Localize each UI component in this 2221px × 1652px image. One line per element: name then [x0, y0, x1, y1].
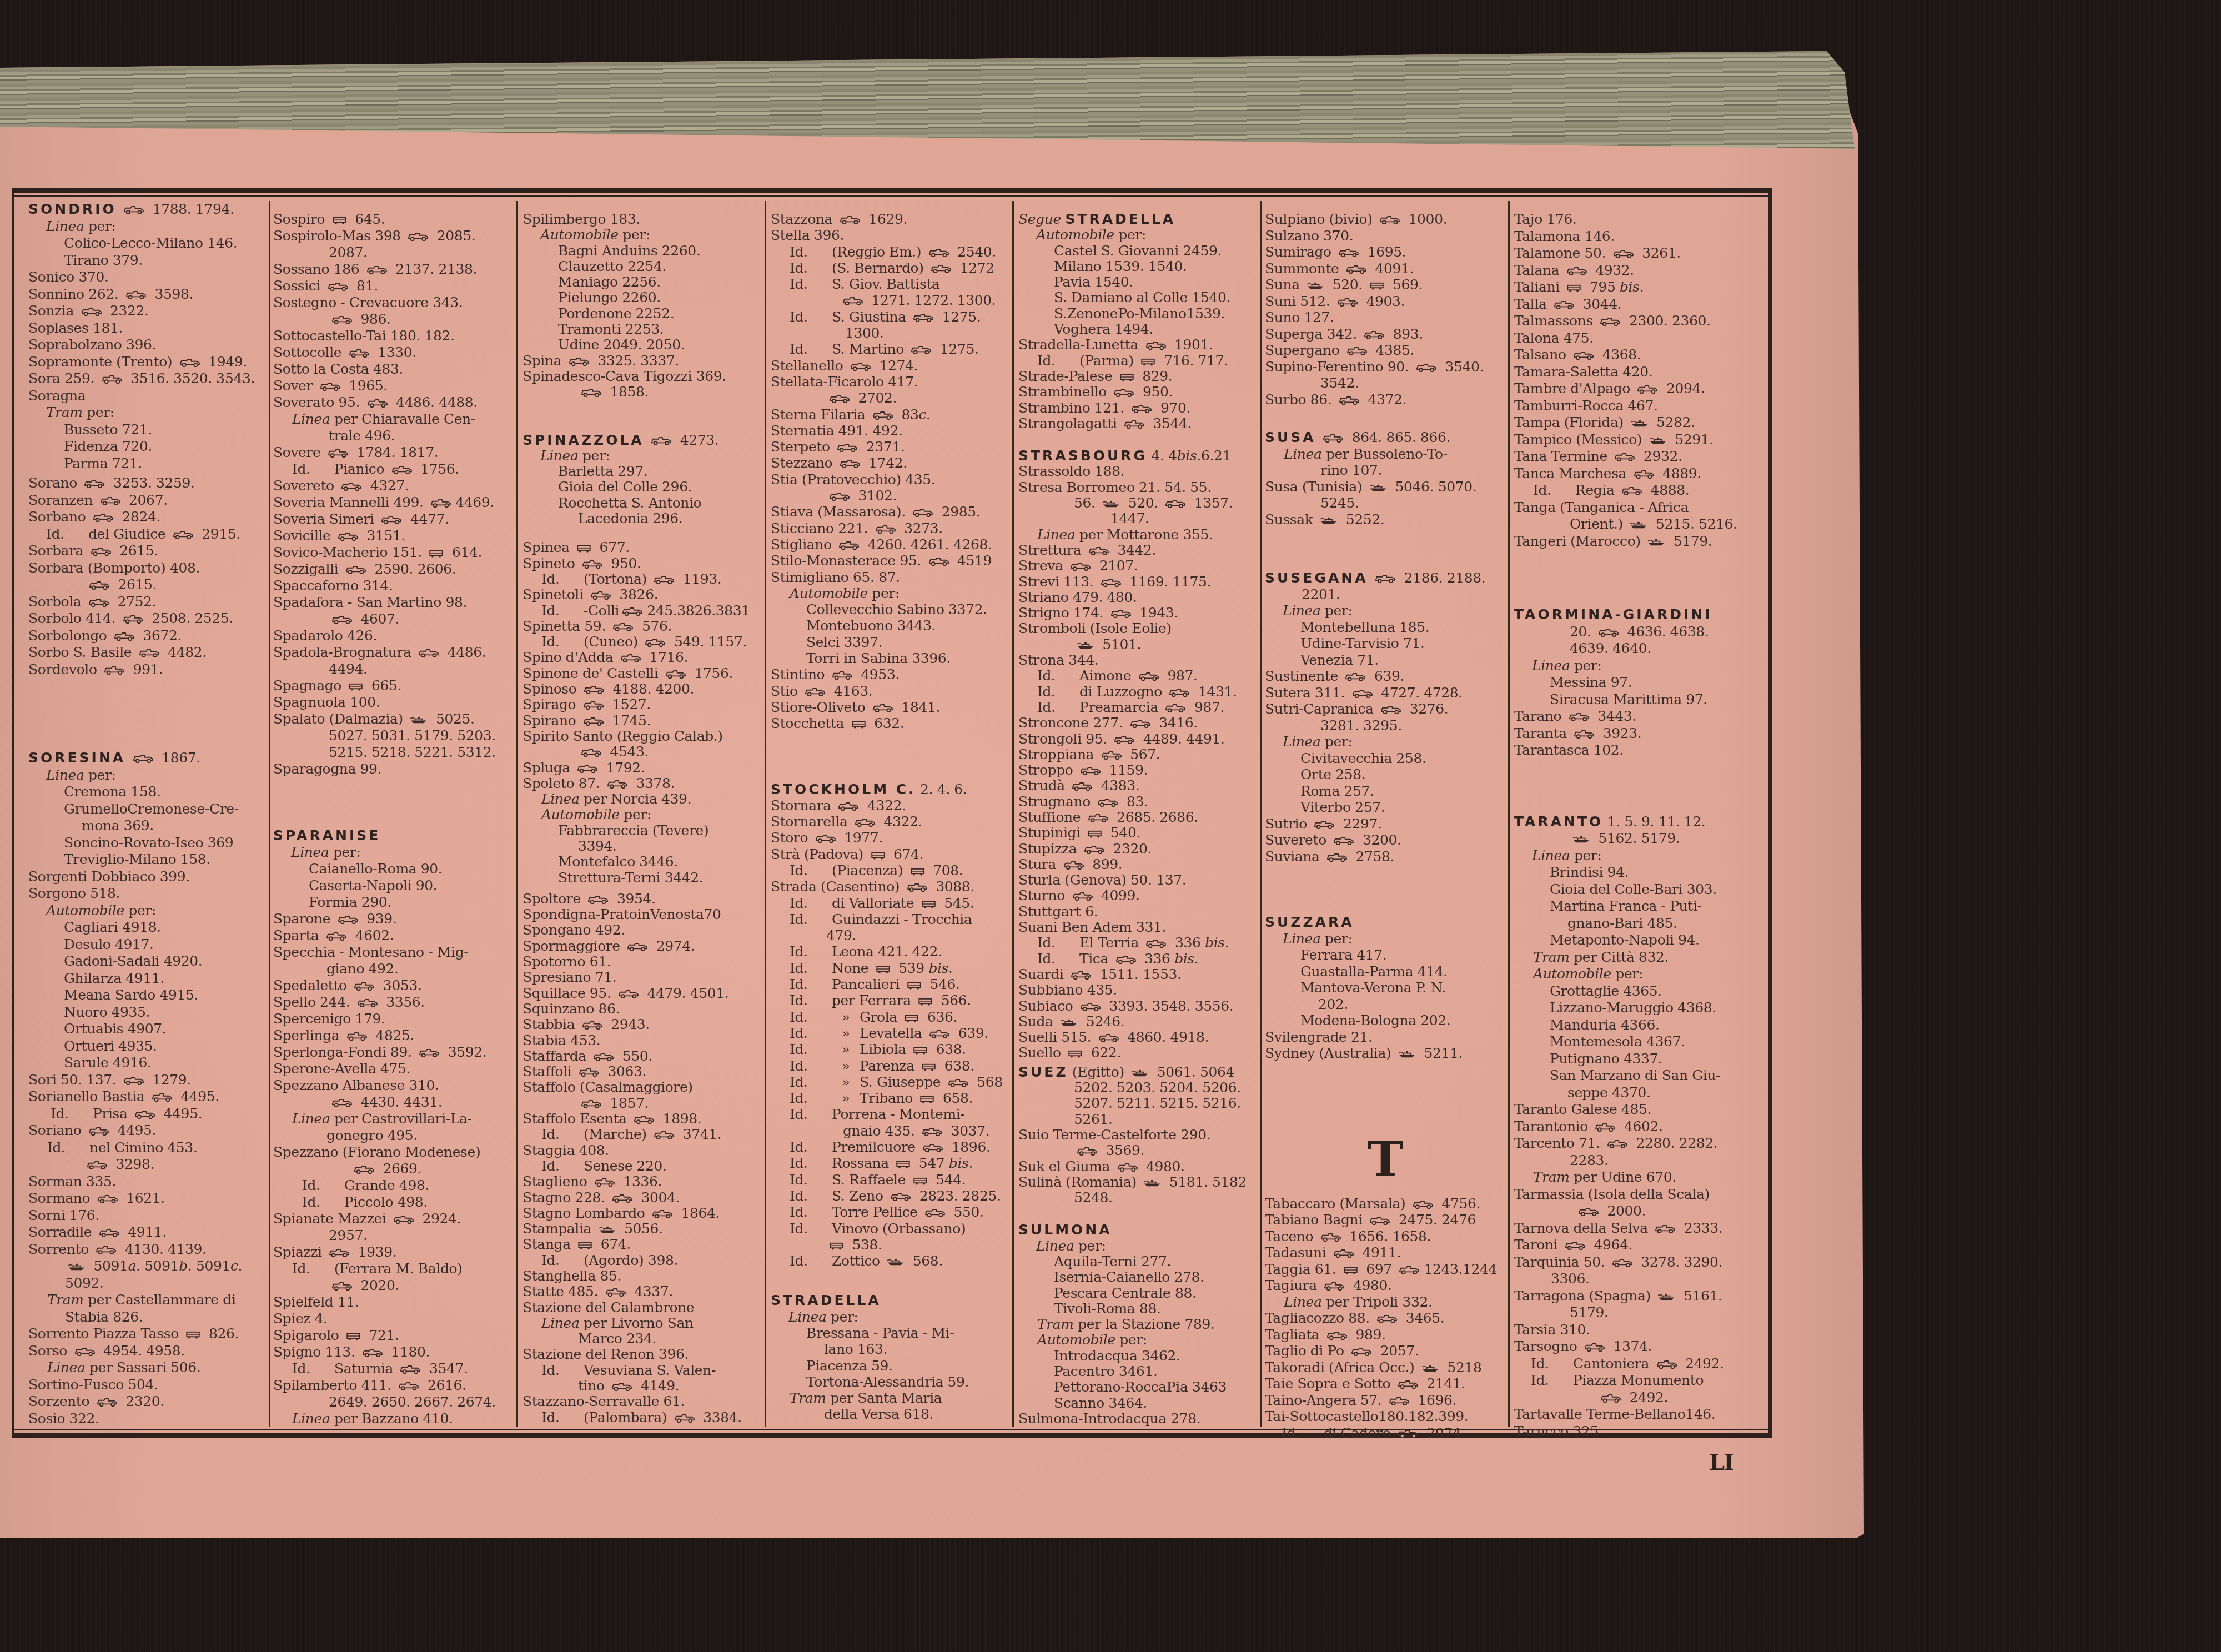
- automobile-icon: [1138, 672, 1159, 681]
- automobile-icon: [1569, 713, 1590, 721]
- index-entry: Gioia del Colle 296.: [522, 479, 762, 495]
- index-entry: Orient.) 5215. 5216.: [1514, 516, 1768, 533]
- idem-label: Id.: [1037, 700, 1079, 715]
- ship-icon: [1143, 1179, 1161, 1187]
- section-letter: T: [1265, 1134, 1506, 1184]
- index-entry: Strada (Casentino) 3088.: [771, 878, 1011, 895]
- index-entry: S.ZenonePo-Milano1539.: [1018, 306, 1258, 322]
- section-heading: TAORMINA-GIARDINI: [1514, 606, 1712, 622]
- italic-label: a: [128, 1258, 137, 1274]
- italic-label: Automobile: [1533, 966, 1611, 982]
- index-entry: Sorradile 4911.: [28, 1224, 267, 1241]
- index-entry: Sperlonga-Fondi 89. 3592.: [273, 1044, 514, 1061]
- tram-icon: [919, 1095, 934, 1103]
- index-entry: Fidenza 720.: [28, 438, 267, 455]
- automobile-icon: [97, 1195, 118, 1203]
- index-entry: Stornara 4322.: [771, 797, 1011, 814]
- index-entry: Id.Prisa 4495.: [28, 1106, 267, 1123]
- automobile-icon: [583, 701, 604, 710]
- automobile-icon: [123, 206, 144, 214]
- index-entry: Spielfeld 11.: [273, 1294, 514, 1310]
- automobile-icon: [948, 1079, 969, 1087]
- idem-label: Id.: [790, 276, 832, 292]
- automobile-icon: [569, 358, 590, 366]
- index-entry: Strudà 4383.: [1018, 778, 1258, 794]
- index-heading-entry: SPINAZZOLA 4273.: [522, 433, 762, 448]
- index-entry: Id.Preamarcia 987.: [1018, 700, 1258, 715]
- index-entry: 2615.: [28, 576, 267, 594]
- index-entry: Strà (Padova) 674.: [771, 846, 1011, 862]
- ship-icon: [887, 1258, 905, 1266]
- index-entry: Spoleto 87. 3378.: [522, 776, 762, 791]
- index-entry: Sovico-Macherio 151. 614.: [273, 544, 514, 561]
- italic-label: Automobile: [541, 806, 620, 822]
- idem-label: Id.: [292, 1261, 334, 1277]
- ship-icon: [1398, 1050, 1416, 1058]
- index-entry: Soveria Simeri 4477.: [273, 511, 514, 528]
- index-entry: Tarcento 71. 2280. 2282.: [1514, 1135, 1768, 1152]
- index-entry: Fabbrareccia (Tevere): [522, 823, 762, 838]
- idem-label: Id.: [790, 1009, 832, 1025]
- index-entry: Sossano 186 2137. 2138.: [273, 261, 514, 278]
- index-entry: Sorgenti Dobbiaco 399.: [28, 868, 267, 886]
- index-entry: Spadarolo 426.: [273, 627, 514, 644]
- italic-label: bis: [949, 1155, 969, 1171]
- index-entry: Stradella-Lunetta 1901.: [1018, 337, 1258, 353]
- index-entry: Brindisi 94.: [1514, 864, 1768, 881]
- automobile-icon: [133, 755, 154, 763]
- index-entry: Tangeri (Marocco) 5179.: [1514, 533, 1768, 550]
- automobile-icon: [419, 1049, 440, 1057]
- italic-label: bis: [928, 960, 948, 976]
- automobile-icon: [612, 1194, 633, 1203]
- idem-label: Id.: [541, 603, 584, 619]
- automobile-icon: [418, 649, 439, 657]
- automobile-icon: [1598, 629, 1619, 637]
- index-entry: Stagno Lombardo 1864.: [522, 1206, 762, 1221]
- italic-label: bis: [1174, 951, 1194, 967]
- index-entry: Sorrento Piazza Tasso 826.: [28, 1325, 267, 1343]
- automobile-icon: [1595, 1123, 1616, 1132]
- italic-label: Linea: [1532, 657, 1570, 674]
- index-entry: Spino d'Adda 1716.: [522, 650, 762, 665]
- index-entry: Id.Leona 421. 422.: [771, 943, 1011, 960]
- automobile-icon: [1130, 720, 1151, 728]
- index-entry: Tarantonio 4602.: [1514, 1118, 1768, 1136]
- index-entry: Montefalco 3446.: [522, 854, 762, 870]
- index-entry: Suni 512. 4903.: [1265, 293, 1506, 310]
- automobile-icon: [829, 493, 850, 501]
- index-entry: 2020.: [273, 1277, 514, 1294]
- index-entry: Stellanello 1274.: [771, 358, 1011, 374]
- automobile-icon: [1600, 318, 1621, 326]
- index-entry: Staffolo Esenta 1898.: [522, 1111, 762, 1127]
- automobile-icon: [1080, 1003, 1101, 1011]
- automobile-icon: [346, 1032, 368, 1041]
- index-entry: Linea per:: [28, 218, 267, 235]
- index-entry: Sorbara (Bomporto) 408.: [28, 560, 267, 577]
- index-entry: Sulzano 370.: [1265, 228, 1506, 244]
- italic-label: bis: [1205, 935, 1225, 951]
- automobile-icon: [1165, 500, 1186, 508]
- automobile-icon: [367, 399, 388, 408]
- index-entry: Desulo 4917.: [28, 936, 267, 953]
- automobile-icon: [1101, 751, 1122, 760]
- index-entry: Tamara-Saletta 420.: [1514, 364, 1768, 381]
- index-entry: Suio Terme-Castelforte 290.: [1018, 1127, 1258, 1143]
- automobile-icon: [125, 291, 147, 299]
- automobile-icon: [1565, 1242, 1586, 1250]
- ditto-mark: »: [832, 1009, 860, 1025]
- index-entry: Sovicille 3151.: [273, 528, 514, 544]
- automobile-icon: [577, 765, 598, 773]
- italic-label: Tram: [1533, 949, 1570, 965]
- automobile-icon: [1077, 1147, 1098, 1156]
- index-entry: Talsano 4368.: [1514, 347, 1768, 364]
- automobile-icon: [391, 466, 413, 474]
- ship-icon: [1369, 484, 1387, 492]
- index-entry: gnaio 435. 3037.: [771, 1123, 1011, 1139]
- index-entry: Taino-Angera 57. 1696.: [1265, 1392, 1506, 1409]
- automobile-icon: [850, 363, 871, 371]
- index-entry: Viterbo 257.: [1265, 799, 1506, 816]
- index-entry: Spinetta 59. 576.: [522, 619, 762, 634]
- idem-label: Id.: [790, 260, 832, 276]
- idem-label: Id.: [541, 1410, 584, 1425]
- index-entry: Id.Grande 498.: [273, 1177, 514, 1194]
- index-entry: Id.(Agordo) 398.: [522, 1253, 762, 1268]
- index-entry: Spilimbergo 183.: [522, 212, 762, 227]
- index-entry: 3102.: [771, 488, 1011, 504]
- index-entry: Sover 1965.: [273, 378, 514, 394]
- index-entry: 1300.: [771, 325, 1011, 341]
- index-entry: Svilengrade 21.: [1265, 1029, 1506, 1046]
- automobile-icon: [607, 780, 628, 789]
- index-entry: Id.»S. Giuseppe 568: [771, 1074, 1011, 1090]
- index-entry: Id.S. Raffaele 544.: [771, 1172, 1011, 1188]
- ship-icon: [1647, 538, 1665, 546]
- automobile-icon: [139, 649, 160, 657]
- index-entry: Id.del Giudice 2915.: [28, 526, 267, 543]
- italic-label: c: [918, 406, 926, 423]
- automobile-icon: [805, 688, 826, 696]
- automobile-icon: [1369, 1217, 1390, 1225]
- index-entry: Strettura-Terni 3442.: [522, 870, 762, 886]
- italic-label: Linea: [1037, 526, 1075, 543]
- index-entry: Sozzigalli 2590. 2606.: [273, 561, 514, 578]
- index-entry: Stanga 674.: [522, 1237, 762, 1252]
- automobile-icon: [581, 389, 602, 397]
- index-entry: Stazzano-Serravalle 61.: [522, 1394, 762, 1409]
- automobile-icon: [1063, 861, 1084, 870]
- index-entry: Sturno 4099.: [1018, 888, 1258, 903]
- automobile-icon: [837, 444, 858, 452]
- index-entry: Id.(S. Bernardo) 1272: [771, 260, 1011, 276]
- index-entry: Spezzano (Fiorano Modenese): [273, 1144, 514, 1161]
- italic-label: Tram: [1533, 1169, 1570, 1185]
- index-entry: 5027. 5031. 5179. 5203.: [273, 727, 514, 744]
- index-entry: Guastalla-Parma 414.: [1265, 963, 1506, 980]
- automobile-icon: [1573, 352, 1594, 360]
- italic-label: bis: [1177, 448, 1197, 464]
- index-entry: Spoltore 3954.: [522, 891, 762, 907]
- index-entry: Linea per:: [1514, 847, 1768, 865]
- index-entry: 3542.: [1265, 375, 1506, 391]
- automobile-icon: [1339, 396, 1360, 405]
- index-entry: Sottocastello-Tai 180. 182.: [273, 328, 514, 344]
- index-entry: Sumirago 1695.: [1265, 244, 1506, 260]
- index-entry: Id.(Tortona) 1193.: [522, 571, 762, 587]
- index-entry: Stazione del Renon 396.: [522, 1347, 762, 1362]
- index-entry: Spalato (Dalmazia) 5025.: [273, 711, 514, 727]
- automobile-icon: [320, 383, 341, 391]
- automobile-icon: [362, 1349, 383, 1357]
- index-entry: Linea per Mottarone 355.: [1018, 527, 1258, 543]
- automobile-icon: [1380, 706, 1401, 714]
- tram-icon: [332, 216, 347, 224]
- index-entry: Spezzano Albanese 310.: [273, 1077, 514, 1094]
- index-entry: Sorso 4954. 4958.: [28, 1343, 267, 1360]
- index-entry: Spagnago 665.: [273, 677, 514, 694]
- index-entry: 479.: [771, 927, 1011, 943]
- automobile-icon: [1399, 1266, 1420, 1274]
- index-entry: Sospirolo-Mas 398 2085.: [273, 228, 514, 244]
- index-entry: Superga 342. 893.: [1265, 326, 1506, 343]
- section-heading: STRADELLA: [771, 1292, 881, 1308]
- index-entry: Sulmona-Introdacqua 278.: [1018, 1411, 1258, 1427]
- index-entry: Linea per:: [28, 767, 267, 784]
- index-entry: Meana Sardo 4915.: [28, 987, 267, 1004]
- index-entry: 5091a. 5091b. 5091c.: [28, 1258, 267, 1275]
- automobile-icon: [354, 982, 375, 991]
- index-entry: Sorianello Bastia 4495.: [28, 1088, 267, 1106]
- index-entry: Sostegno - Crevacuore 343.: [273, 294, 514, 311]
- index-entry: Sordevolo 991.: [28, 661, 267, 679]
- index-entry: Statte 485. 4337.: [522, 1284, 762, 1299]
- index-entry: Stabbia 2943.: [522, 1017, 762, 1032]
- index-entry: Id.Torre Pellice 550.: [771, 1204, 1011, 1220]
- automobile-icon: [582, 1021, 603, 1030]
- index-entry: Tortona-Alessandria 59.: [771, 1374, 1011, 1390]
- index-entry: Spiez 4.: [273, 1310, 514, 1327]
- automobile-icon: [1389, 1397, 1410, 1405]
- index-entry: Tadasuni 4911.: [1265, 1244, 1506, 1261]
- index-entry: Id.(Parma) 716. 717.: [1018, 353, 1258, 369]
- automobile-icon: [913, 314, 934, 322]
- automobile-icon: [1566, 267, 1587, 275]
- automobile-icon: [620, 654, 641, 662]
- ship-icon: [410, 716, 428, 724]
- index-entry: Id.(Ferrara M. Baldo): [273, 1261, 514, 1277]
- automobile-icon: [74, 1348, 96, 1356]
- index-entry: 5101.: [1018, 637, 1258, 652]
- index-entry: Putignano 4337.: [1514, 1051, 1768, 1068]
- automobile-icon: [345, 566, 366, 574]
- index-entry: 2957.: [273, 1227, 514, 1244]
- idem-label: Id.: [790, 911, 832, 927]
- automobile-icon: [1113, 389, 1134, 397]
- index-heading-entry: SORESINA 1867.: [28, 750, 267, 767]
- index-heading-entry: STOCKHOLM C. 2. 4. 6.: [771, 781, 1011, 797]
- ship-icon: [68, 1263, 86, 1271]
- index-entry: 3394.: [522, 838, 762, 854]
- automobile-icon: [123, 615, 144, 624]
- index-entry: Spinadesco-Cava Tigozzi 369.: [522, 369, 762, 384]
- ditto-mark: »: [832, 1090, 860, 1106]
- italic-label: Linea: [1284, 446, 1321, 462]
- index-entry: Spagnuola 100.: [273, 694, 514, 711]
- idem-label: Id.: [790, 943, 832, 960]
- index-entry: Stimigliano 65. 87.: [771, 569, 1011, 585]
- section-heading: SONDRIO: [28, 201, 117, 217]
- index-entry: Id.S. Giustina 1275.: [771, 309, 1011, 325]
- index-entry: 5179.: [1514, 1304, 1768, 1322]
- index-entry: Sterna Filaria 83c.: [771, 406, 1011, 423]
- automobile-icon: [100, 497, 121, 505]
- index-entry: Linea per Castrovillari-La-: [273, 1111, 514, 1127]
- automobile-icon: [579, 1068, 600, 1077]
- automobile-icon: [331, 1099, 353, 1107]
- index-entry: Tana Termine 2932.: [1514, 448, 1768, 465]
- index-entry: Spigarolo 721.: [273, 1327, 514, 1344]
- automobile-icon: [1584, 1343, 1605, 1352]
- index-entry: Sora 259. 3516. 3520. 3543.: [28, 370, 267, 388]
- automobile-icon: [1655, 1225, 1676, 1233]
- index-entry: Rocchetta S. Antonio: [522, 495, 762, 511]
- automobile-icon: [922, 1128, 943, 1136]
- index-entry: della Versa 618.: [771, 1406, 1011, 1422]
- index-entry: Id.(Piacenza) 708.: [771, 862, 1011, 878]
- index-entry: giano 492.: [273, 961, 514, 977]
- index-entry: Sperlinga 4825.: [273, 1027, 514, 1044]
- index-entry: Manduria 4366.: [1514, 1017, 1768, 1034]
- idem-label: Id.: [292, 461, 334, 478]
- index-entry: Sorni 176.: [28, 1207, 267, 1224]
- index-heading-entry: Segue STRADELLA: [1018, 212, 1258, 227]
- automobile-icon: [329, 1249, 350, 1257]
- index-entry: Tram per la Stazione 789.: [1018, 1317, 1258, 1332]
- automobile-icon: [381, 516, 402, 524]
- ditto-mark: »: [832, 1041, 860, 1057]
- index-entry: Automobile per:: [522, 227, 762, 243]
- tram-icon: [1068, 1050, 1083, 1058]
- index-entry: Linea per:: [1018, 1238, 1258, 1254]
- index-entry: Suello 622.: [1018, 1045, 1258, 1061]
- automobile-icon: [338, 533, 359, 541]
- index-entry: Stocchetta 632.: [771, 715, 1011, 731]
- automobile-icon: [400, 1365, 421, 1374]
- index-entry: Tram per Città 832.: [1514, 949, 1768, 966]
- index-entry: 4639. 4640.: [1514, 640, 1768, 657]
- index-entry: 3298.: [28, 1156, 267, 1173]
- index-entry: Taggia 61. 697 1243.1244: [1265, 1261, 1506, 1278]
- ditto-mark: »: [832, 1058, 860, 1074]
- index-entry: Grottaglie 4365.: [1514, 983, 1768, 1000]
- index-entry: Soriano 4495.: [28, 1122, 267, 1139]
- index-entry: Id.Aimone 987.: [1018, 668, 1258, 684]
- index-entry: Strambino 121. 970.: [1018, 400, 1258, 416]
- index-entry: Spinetoli 3826.: [522, 587, 762, 602]
- index-entry: Spotorno 61.: [522, 954, 762, 970]
- index-entry: 2702.: [771, 390, 1011, 406]
- index-entry: 2492.: [1514, 1389, 1768, 1407]
- italic-label: Tram: [790, 1390, 826, 1406]
- automobile-icon: [88, 1127, 109, 1136]
- ship-icon: [1102, 500, 1120, 508]
- index-entry: Suno 127.: [1265, 309, 1506, 326]
- ship-icon: [1657, 1293, 1675, 1301]
- tram-icon: [348, 682, 363, 691]
- index-entry: Strade-Palese 829.: [1018, 369, 1258, 384]
- index-entry: Barletta 297.: [522, 464, 762, 479]
- automobile-icon: [430, 499, 451, 508]
- tram-icon: [829, 1242, 844, 1250]
- automobile-icon: [654, 1131, 675, 1139]
- index-entry: Id.Piazza Monumento: [1514, 1372, 1768, 1389]
- index-entry: Stio 4163.: [771, 683, 1011, 699]
- automobile-icon: [1080, 767, 1101, 775]
- index-entry: Taie Sopra e Sotto 2141.: [1265, 1375, 1506, 1392]
- index-entry: Roma 257.: [1265, 783, 1506, 800]
- automobile-icon: [907, 883, 928, 892]
- idem-label: Id.: [1531, 1372, 1573, 1389]
- index-entry: Sonico 370.: [28, 269, 267, 286]
- index-entry: Sydney (Australia) 5211.: [1265, 1045, 1506, 1062]
- index-entry: Tambre d'Alpago 2094.: [1514, 380, 1768, 398]
- italic-label: Linea: [788, 1309, 826, 1325]
- index-entry: Stellata-Ficarolo 417.: [771, 374, 1011, 390]
- automobile-icon: [88, 599, 109, 607]
- index-entry: Tram per Castellammare di: [28, 1292, 267, 1309]
- automobile-icon: [1333, 837, 1354, 845]
- index-heading-entry: SPARANISE: [273, 827, 514, 844]
- index-entry: Sussak 5252.: [1265, 511, 1506, 528]
- automobile-icon: [924, 1209, 946, 1217]
- index-heading-entry: STRASBOURG 4. 4bis.6.21: [1018, 448, 1258, 464]
- index-entry: Sospiro 645.: [273, 211, 514, 228]
- automobile-icon: [1131, 405, 1152, 413]
- index-entry: 2201.: [1265, 586, 1506, 603]
- index-entry: Montebelluna 185.: [1265, 619, 1506, 636]
- index-entry: Torri in Sabina 3396.: [771, 650, 1011, 666]
- index-entry: Squillace 95. 4479. 4501.: [522, 986, 762, 1001]
- index-entry: Pavia 1540.: [1018, 274, 1258, 290]
- index-entry: Tarsia 310.: [1514, 1322, 1768, 1339]
- index-heading-entry: TAORMINA-GIARDINI: [1514, 606, 1768, 624]
- automobile-icon: [104, 666, 125, 675]
- index-entry: Id.Regia 4888.: [1514, 482, 1768, 499]
- ship-icon: [1320, 516, 1338, 525]
- ditto-mark: »: [832, 1025, 860, 1041]
- index-entry: Maniago 2256.: [522, 274, 762, 290]
- index-entry: Taroni 4964.: [1514, 1237, 1768, 1254]
- index-entry: Tivoli-Roma 88.: [1018, 1301, 1258, 1317]
- index-entry: Linea per:: [1265, 734, 1506, 750]
- index-entry: Stroppo 1159.: [1018, 762, 1258, 778]
- index-entry: Busseto 721.: [28, 421, 267, 439]
- index-entry: Tajo 176.: [1514, 211, 1768, 228]
- index-entry: 2087.: [273, 244, 514, 261]
- ship-icon: [1631, 419, 1649, 428]
- index-entry: 3281. 3295.: [1265, 717, 1506, 734]
- automobile-icon: [587, 896, 609, 904]
- idem-label: Id.: [790, 1106, 832, 1122]
- italic-label: Linea: [1283, 602, 1320, 619]
- index-entry: Stella 396.: [771, 227, 1011, 243]
- tram-icon: [876, 965, 891, 973]
- index-entry: Supino-Ferentino 90. 3540.: [1265, 359, 1506, 375]
- index-entry: Pordenone 2252.: [522, 306, 762, 322]
